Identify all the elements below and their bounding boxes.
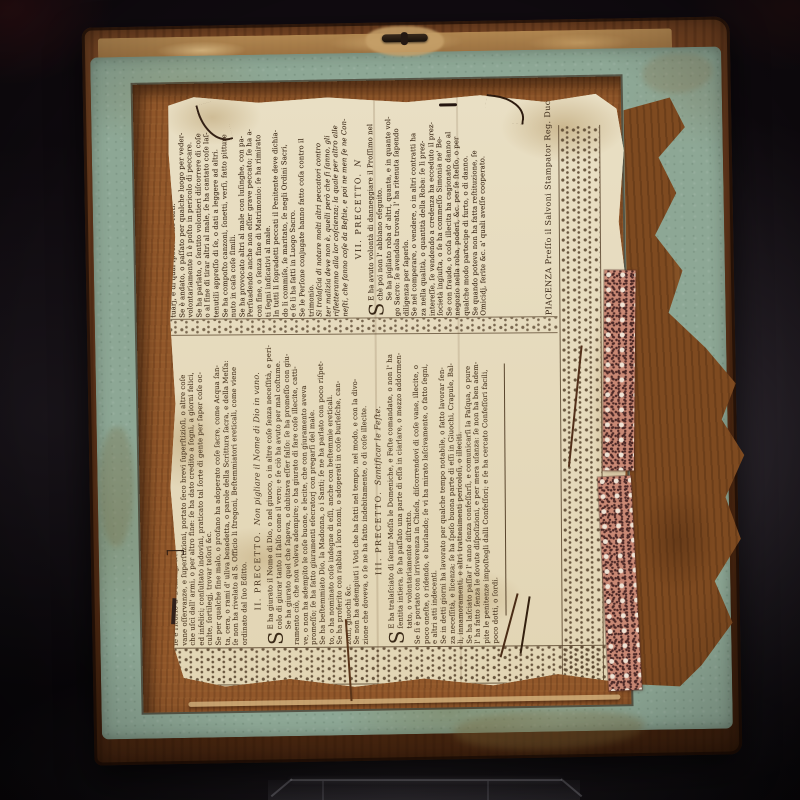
dotted-tape-strip-upper xyxy=(603,270,636,470)
precetto-iii-heading: III. PRECETTO. Santificar le Feſte. xyxy=(373,336,385,644)
text-line: con fine, o ſenza fine di Matrimonio: ſe… xyxy=(254,103,264,317)
precetto-vii-heading: VII. PRECETTO. N xyxy=(353,102,364,316)
column-left: ſe è ricorſo a' Demonj, &c.vane oſſervan… xyxy=(170,335,564,646)
printed-broadside-paper: ſe è ricorſo a' Demonj, &c.vane oſſervan… xyxy=(166,91,632,690)
picture-frame-back: ſe è ricorſo a' Demonj, &c.vane oſſervan… xyxy=(82,16,743,765)
nail-top-edge xyxy=(439,103,457,106)
text-line: go Sacro: ſe avendola trovata, l' ha rit… xyxy=(392,102,402,316)
imprint-line: PIACENZA Preſſo il Salvoni Stampator Reg… xyxy=(543,101,553,315)
precetto-ii-title: Non pigliare il Nome di Dio in vano. xyxy=(252,372,262,525)
drop-cap-initial: S xyxy=(388,628,406,644)
section-precetto-vi-end: tuarj, e di qual ſpecie ſono ſtati.Se è … xyxy=(168,103,316,318)
rotated-page-content: ſe è ricorſo a' Demonj, &c.vane oſſervan… xyxy=(166,91,632,690)
stand-back-edge-left xyxy=(322,781,324,800)
precetto-ii-number: II. PRECETTO. xyxy=(253,531,263,611)
precetto-ii-heading: II. PRECETTO. Non pigliare il Nome di Di… xyxy=(252,337,264,645)
staple-left-edge xyxy=(167,550,184,555)
column-end-rule xyxy=(504,363,507,616)
text-line: poco dotti, o ſordi. xyxy=(489,336,500,644)
precetto-vii-title: N xyxy=(354,160,363,167)
text-line: Omicidj, ferite &c. a' quali aveſſe coop… xyxy=(478,102,488,316)
ornament-border-bottom xyxy=(558,125,604,685)
section-precetto-ii: II. PRECETTO. Non pigliare il Nome di Di… xyxy=(247,336,370,645)
stand-top-edge xyxy=(290,779,562,781)
section-italic-note: Si tralaſcia di notare molti altri pecca… xyxy=(314,103,350,317)
ornament-column-divider xyxy=(167,316,557,336)
section-precetto-iii: III. PRECETTO. Santificar le Feſte. S E … xyxy=(368,336,500,645)
drop-cap-initial: S xyxy=(368,301,386,317)
drop-cap-initial: S xyxy=(267,629,285,645)
stand-back-edge-right xyxy=(487,781,489,800)
section-precetto-vii: VII. PRECETTO. N S E ha avuto volontà di… xyxy=(348,102,488,317)
photograph-antique-frame-back: ſe è ricorſo a' Demonj, &c.vane oſſervan… xyxy=(0,0,800,800)
precetto-iii-title: Santificar le Feſte. xyxy=(374,406,384,486)
text-line: In tutti li ſopradetti peccati il Penite… xyxy=(271,103,281,317)
section-precetto-i-end: ſe è ricorſo a' Demonj, &c.vane oſſervan… xyxy=(170,337,249,646)
precetto-iii-number: III. PRECETTO. xyxy=(374,491,384,575)
hanger-pin xyxy=(401,32,408,45)
stand-body xyxy=(268,780,580,800)
precetto-vii-number: VII. PRECETTO. xyxy=(354,172,364,259)
